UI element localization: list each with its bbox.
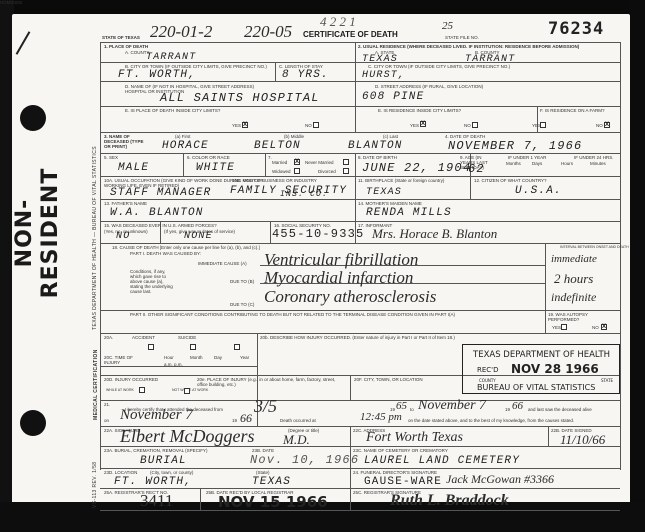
res-city-label: c. CITY OR TOWN (If outside city limits,… bbox=[368, 64, 510, 69]
dob-label: 8. DATE OF BIRTH bbox=[358, 155, 397, 160]
days-label: Days bbox=[532, 161, 542, 166]
divider bbox=[100, 488, 620, 489]
homicide-checkbox[interactable] bbox=[234, 344, 240, 350]
industry-line-2: INS. CO. bbox=[280, 190, 328, 199]
mother-name: RENDA MILLS bbox=[366, 207, 452, 219]
stamp-department: TEXAS DEPARTMENT OF HEALTH bbox=[473, 350, 610, 360]
citizen: U.S.A. bbox=[515, 185, 562, 197]
age: 62 bbox=[468, 162, 485, 176]
length-of-stay: 8 YRS. bbox=[282, 69, 329, 81]
res-street: 608 PINE bbox=[362, 91, 424, 103]
no-label: NO bbox=[596, 123, 603, 128]
first-name-label: (a) First bbox=[175, 134, 191, 139]
form-code: VS-113 REV. 1/58 bbox=[92, 462, 98, 508]
date-signed: 11/10/66 bbox=[560, 432, 605, 448]
last-seen-year: 66 bbox=[240, 411, 252, 426]
on-label: on bbox=[104, 418, 109, 423]
location-state-label: (State) bbox=[256, 470, 270, 475]
describe-injury-label: 20b. DESCRIBE HOW INJURY OCCURRED. (Ente… bbox=[260, 335, 455, 340]
inside-city-label: e. IS PLACE OF DEATH INSIDE CITY LIMITS? bbox=[125, 108, 220, 113]
res-inside-city-label: e. IS RESIDENCE INSIDE CITY LIMITS? bbox=[378, 108, 461, 113]
to-label: to bbox=[410, 407, 414, 412]
non-resident-stamp: NON-RESIDENT bbox=[12, 148, 38, 318]
interval-a: immediate bbox=[551, 253, 597, 265]
part-2-label: PART II. OTHER SIGNIFICANT CONDITIONS CO… bbox=[130, 312, 455, 317]
res-inside-city-no-checkbox[interactable] bbox=[472, 122, 478, 128]
cause-of-death-label: 18. CAUSE OF DEATH [Enter only one cause… bbox=[112, 245, 260, 250]
time-of-injury-label: 20c. TIME OF INJURY bbox=[104, 355, 134, 365]
place-of-death-label: 1. PLACE OF DEATH bbox=[104, 44, 148, 49]
physician-signature: Elbert McDoggers bbox=[120, 426, 254, 447]
inside-city-no-checkbox[interactable] bbox=[313, 122, 319, 128]
handwritten-code-2: 220-05 bbox=[244, 22, 292, 42]
divider bbox=[545, 243, 546, 333]
stamp-recd: REC'D bbox=[477, 366, 499, 374]
disposition-location: FT. WORTH, bbox=[114, 476, 192, 488]
received-stamp: TEXAS DEPARTMENT OF HEALTH REC'D NOV 28 … bbox=[462, 344, 620, 394]
divider bbox=[548, 426, 549, 446]
divider bbox=[100, 42, 620, 43]
year-prefix: 19 bbox=[232, 418, 237, 423]
suicide-checkbox[interactable] bbox=[190, 344, 196, 350]
middle-name: BELTON bbox=[254, 140, 301, 152]
res-city: HURST, bbox=[362, 70, 405, 81]
due-to-b: Myocardial infarction bbox=[264, 268, 413, 288]
first-name: HORACE bbox=[162, 140, 209, 152]
farm-yes-checkbox[interactable] bbox=[540, 122, 546, 128]
due-to-c: Coronary atherosclerosis bbox=[264, 287, 436, 307]
widowed-checkbox[interactable] bbox=[294, 168, 300, 174]
divider bbox=[620, 42, 621, 470]
res-inside-city-yes-checkbox[interactable]: X bbox=[420, 121, 426, 127]
injury-occurred-label: 20d. INJURY OCCURRED bbox=[104, 377, 158, 382]
autopsy-label: 19. WAS AUTOPSY PERFORMED? bbox=[548, 312, 618, 322]
funeral-home: GAUSE-WARE bbox=[364, 476, 442, 488]
birthplace-label: 11. BIRTHPLACE (State or foreign country… bbox=[358, 178, 444, 183]
not-at-work-checkbox[interactable] bbox=[184, 388, 190, 394]
death-county: TARRANT bbox=[146, 52, 196, 63]
physician-address: Fort Worth Texas bbox=[366, 430, 463, 446]
divider bbox=[200, 488, 201, 510]
registrar-number: 3411 bbox=[140, 491, 173, 511]
accident-checkbox[interactable] bbox=[148, 344, 154, 350]
year-prefix: 19 bbox=[505, 407, 510, 412]
divider bbox=[100, 310, 620, 311]
married-label: Married bbox=[272, 160, 287, 165]
location-label: 23d. LOCATION bbox=[104, 470, 137, 475]
attended-year-to: 66 bbox=[512, 400, 523, 412]
armed-forces-label: 15. WAS DECEASED EVER IN U.S. ARMED FORC… bbox=[104, 223, 217, 228]
hours-label: Hours bbox=[561, 161, 573, 166]
cemetery-name: LAUREL LAND CEMETERY bbox=[364, 455, 520, 467]
interval-c: indefinite bbox=[551, 290, 596, 305]
sex-label: 5. SEX bbox=[104, 155, 118, 160]
mother-label: 14. MOTHER'S MAIDEN NAME bbox=[358, 201, 422, 206]
stamp-bureau: BUREAU OF VITAL STATISTICS bbox=[477, 383, 595, 392]
widowed-label: Widowed bbox=[272, 169, 291, 174]
handwritten-code-1: 220-01-2 bbox=[150, 22, 212, 42]
due-to-c-label: DUE TO (c) bbox=[230, 302, 254, 307]
not-at-work-label: NOT WHILE AT WORK bbox=[172, 388, 208, 393]
never-married-checkbox[interactable] bbox=[343, 159, 349, 165]
months-label: Months bbox=[506, 161, 521, 166]
autopsy-yes-checkbox[interactable] bbox=[561, 324, 567, 330]
death-city: FT. WORTH, bbox=[118, 69, 196, 81]
street-label: d. STREET ADDRESS (If rural, give locati… bbox=[375, 84, 483, 89]
attended-from: 3/5 bbox=[254, 396, 277, 417]
citizen-label: 12. CITIZEN OF WHAT COUNTRY? bbox=[474, 178, 547, 183]
name-label: 3. NAME OF DECEASED (Type or print) bbox=[104, 134, 144, 149]
day-label: Day bbox=[214, 355, 222, 360]
homicide-label: HOMICIDE bbox=[0, 0, 23, 5]
cemetery-label: 23c. NAME OF CEMETERY OR CREMATORY bbox=[353, 448, 448, 453]
certify-text-3: on the date stated above, and to the bes… bbox=[408, 418, 574, 423]
registrar-date-stamp: NOV 15 1966 bbox=[218, 493, 328, 511]
divider bbox=[183, 153, 184, 176]
side-agency-text: TEXAS DEPARTMENT OF HEALTH — BUREAU OF V… bbox=[92, 146, 98, 330]
divider bbox=[265, 153, 266, 176]
usual-residence-label: 2. USUAL RESIDENCE (Where deceased lived… bbox=[358, 44, 579, 49]
yes-label: YES bbox=[410, 123, 419, 128]
informant: Mrs. Horace B. Blanton bbox=[372, 226, 497, 242]
yes-label: YES bbox=[552, 325, 561, 330]
certification-number: 21. bbox=[104, 402, 110, 407]
degree: M.D. bbox=[283, 432, 310, 448]
death-time: 12:45 pm bbox=[360, 411, 402, 423]
industry-label: 10b. KIND OF BUSINESS OR INDUSTRY bbox=[232, 178, 317, 183]
under-24-hrs-label: IF UNDER 24 HRS. bbox=[574, 155, 614, 160]
accident-label: ACCIDENT bbox=[132, 335, 155, 340]
minutes-label: Minutes bbox=[590, 161, 606, 166]
social-security-number: 455-10-9335 bbox=[272, 227, 364, 241]
month-label: Month bbox=[190, 355, 203, 360]
occupation: STAFF MANAGER bbox=[110, 187, 211, 199]
armed-forces: NO bbox=[116, 231, 130, 242]
date-of-death: NOVEMBER 7, 1966 bbox=[448, 139, 582, 153]
date-of-birth: JUNE 22, 1904 bbox=[362, 161, 471, 175]
divider bbox=[270, 221, 271, 243]
certify-text-2: and last saw the deceased alive bbox=[528, 407, 592, 412]
divider bbox=[275, 62, 276, 81]
divider bbox=[100, 153, 620, 154]
no-label: NO bbox=[592, 325, 599, 330]
while-at-work-checkbox[interactable] bbox=[139, 387, 145, 393]
armed-service: NONE bbox=[184, 231, 213, 242]
divider bbox=[100, 132, 620, 133]
disposition-state: TEXAS bbox=[252, 476, 291, 488]
under-1-year-label: IF UNDER 1 YEAR bbox=[508, 155, 546, 160]
farm-label: f. IS RESIDENCE ON A FARM? bbox=[540, 108, 605, 113]
hospital-name: ALL SAINTS HOSPITAL bbox=[160, 91, 320, 105]
no-label: NO bbox=[305, 123, 312, 128]
divorced-checkbox[interactable] bbox=[343, 168, 349, 174]
inside-city-yes-checkbox[interactable]: X bbox=[242, 122, 248, 128]
attended-to: November 7 bbox=[418, 398, 486, 414]
immediate-cause: Ventricular fibrillation bbox=[264, 250, 418, 270]
divider bbox=[537, 106, 538, 132]
handwritten-top: 4 2 2 1 bbox=[320, 14, 356, 30]
registrar-signature: Ruth L. Braddock bbox=[390, 492, 509, 510]
immediate-cause-label: IMMEDIATE CAUSE (a) bbox=[198, 261, 247, 266]
due-to-b-label: DUE TO (b) bbox=[230, 279, 254, 284]
disposition-method: BURIAL bbox=[140, 455, 187, 467]
stamp-date: NOV 28 1966 bbox=[511, 362, 599, 376]
ampm-label: a.m. p.m. bbox=[164, 362, 183, 367]
divorced-label: Divorced bbox=[318, 169, 336, 174]
state-file-number: 76234 bbox=[548, 19, 604, 39]
scan-border-right bbox=[630, 0, 645, 532]
manner-label: 20a. bbox=[104, 335, 113, 340]
state-label: STATE OF TEXAS bbox=[102, 35, 140, 40]
birthplace: TEXAS bbox=[366, 187, 402, 198]
divider bbox=[355, 42, 356, 132]
funeral-director-signature: Jack McGowan #3366 bbox=[446, 472, 554, 487]
middle-name-label: (b) Middle bbox=[284, 134, 304, 139]
father-label: 13. FATHER'S NAME bbox=[104, 201, 147, 206]
location-sub-label: (City, town, or county) bbox=[150, 470, 193, 475]
race: WHITE bbox=[196, 162, 235, 174]
divider bbox=[100, 199, 620, 200]
divider bbox=[100, 510, 620, 511]
divider bbox=[100, 81, 620, 82]
yes-label: YES bbox=[232, 123, 241, 128]
handwritten-top-2: 25 bbox=[442, 20, 453, 32]
last-name: BLANTON bbox=[348, 140, 403, 152]
father-name: W.A. BLANTON bbox=[110, 207, 204, 219]
burial-label: 23a. BURIAL, CREMATION, REMOVAL (Specify… bbox=[104, 448, 207, 453]
medical-certification-label: MEDICAL CERTIFICATION bbox=[93, 349, 99, 420]
last-seen-date: November 7 bbox=[120, 407, 193, 424]
conditions-note: Conditions, if any, which gave rise to a… bbox=[130, 269, 175, 294]
interval-b: 2 hours bbox=[554, 271, 593, 287]
divider bbox=[100, 176, 620, 177]
funeral-director-label: 24. FUNERAL DIRECTOR'S SIGNATURE bbox=[353, 470, 437, 475]
divider bbox=[100, 221, 620, 222]
year-label: Year bbox=[240, 355, 249, 360]
never-married-label: Never Married bbox=[305, 160, 334, 165]
divider bbox=[100, 106, 620, 107]
part-1-label: PART I. DEATH WAS CAUSED BY: bbox=[130, 251, 201, 256]
no-label: NO bbox=[464, 123, 471, 128]
death-occurred-label: Death occurred at bbox=[280, 418, 316, 423]
divider bbox=[100, 243, 620, 244]
autopsy-no-checkbox[interactable]: X bbox=[601, 324, 607, 330]
married-checkbox[interactable]: X bbox=[294, 159, 300, 165]
sex: MALE bbox=[118, 162, 149, 174]
suicide-label: SUICIDE bbox=[178, 335, 196, 340]
divider bbox=[100, 400, 620, 401]
divider bbox=[100, 468, 620, 469]
interval-label: INTERVAL BETWEEN ONSET AND DEATH bbox=[560, 245, 629, 250]
stamp-state: STATE bbox=[601, 378, 613, 383]
last-name-label: (c) Last bbox=[383, 134, 398, 139]
certificate-title: CERTIFICATE OF DEATH bbox=[303, 30, 398, 39]
farm-no-checkbox[interactable]: X bbox=[604, 122, 610, 128]
disposition-date: Nov. 10, 1966 bbox=[250, 453, 359, 467]
place-of-injury-label: 20e. PLACE OF INJURY (e.g., in or about … bbox=[197, 377, 347, 387]
while-at-work-label: WHILE AT WORK bbox=[106, 388, 134, 393]
state-file-label: STATE FILE NO. bbox=[445, 35, 479, 40]
hour-label: Hour bbox=[164, 355, 174, 360]
race-label: 6. COLOR OR RACE bbox=[187, 155, 230, 160]
divider bbox=[350, 375, 351, 400]
injury-city-label: 20f. CITY, TOWN, OR LOCATION bbox=[354, 377, 423, 382]
punch-hole-icon bbox=[20, 410, 46, 436]
punch-hole-icon bbox=[20, 105, 46, 131]
divider bbox=[100, 333, 620, 334]
